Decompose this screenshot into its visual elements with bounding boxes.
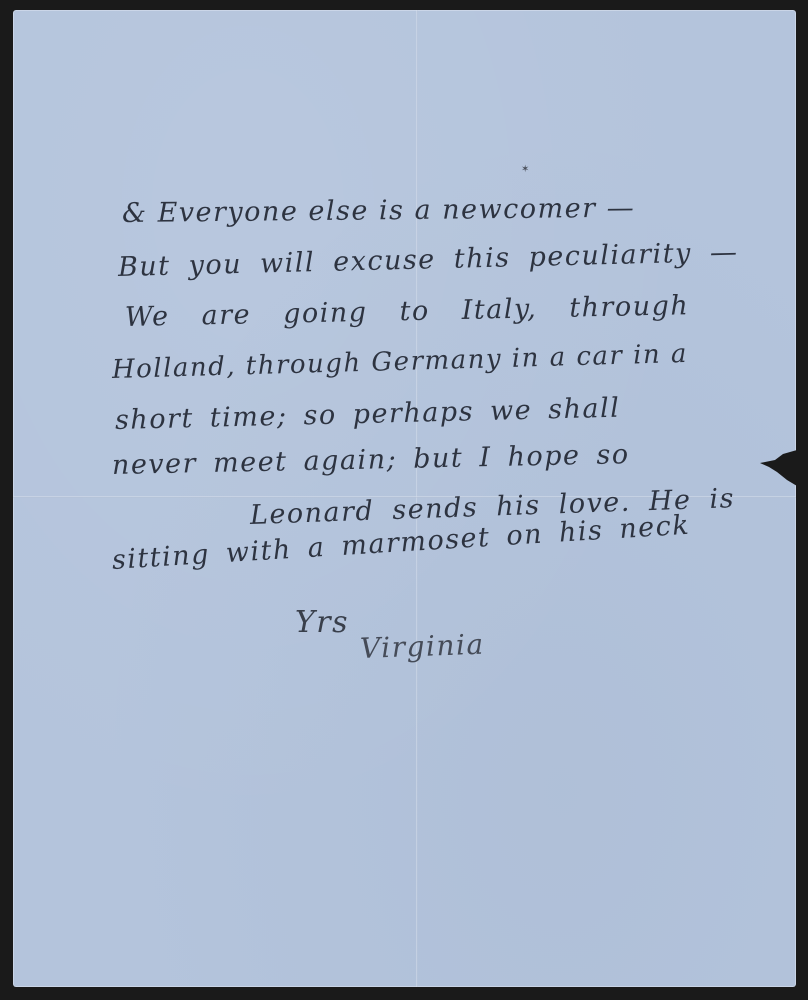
letter-line: We are going to Italy, through: [125, 290, 690, 333]
letter-line: Holland, through Germany in a car in a: [112, 339, 689, 385]
letter-line: short time; so perhaps we shall: [115, 393, 621, 436]
letter-body: & Everyone else is a newcomer — But you …: [0, 0, 808, 1000]
letter-line: & Everyone else is a newcomer —: [122, 193, 635, 229]
letter-signature: Virginia: [359, 628, 485, 665]
scanned-letter: ✶ & Everyone else is a newcomer — But yo…: [0, 0, 808, 1000]
letter-line: never meet again; but I hope so: [112, 439, 630, 481]
letter-line: But you will excuse this peculiarity —: [118, 237, 739, 283]
letter-closing: Yrs: [295, 605, 349, 640]
